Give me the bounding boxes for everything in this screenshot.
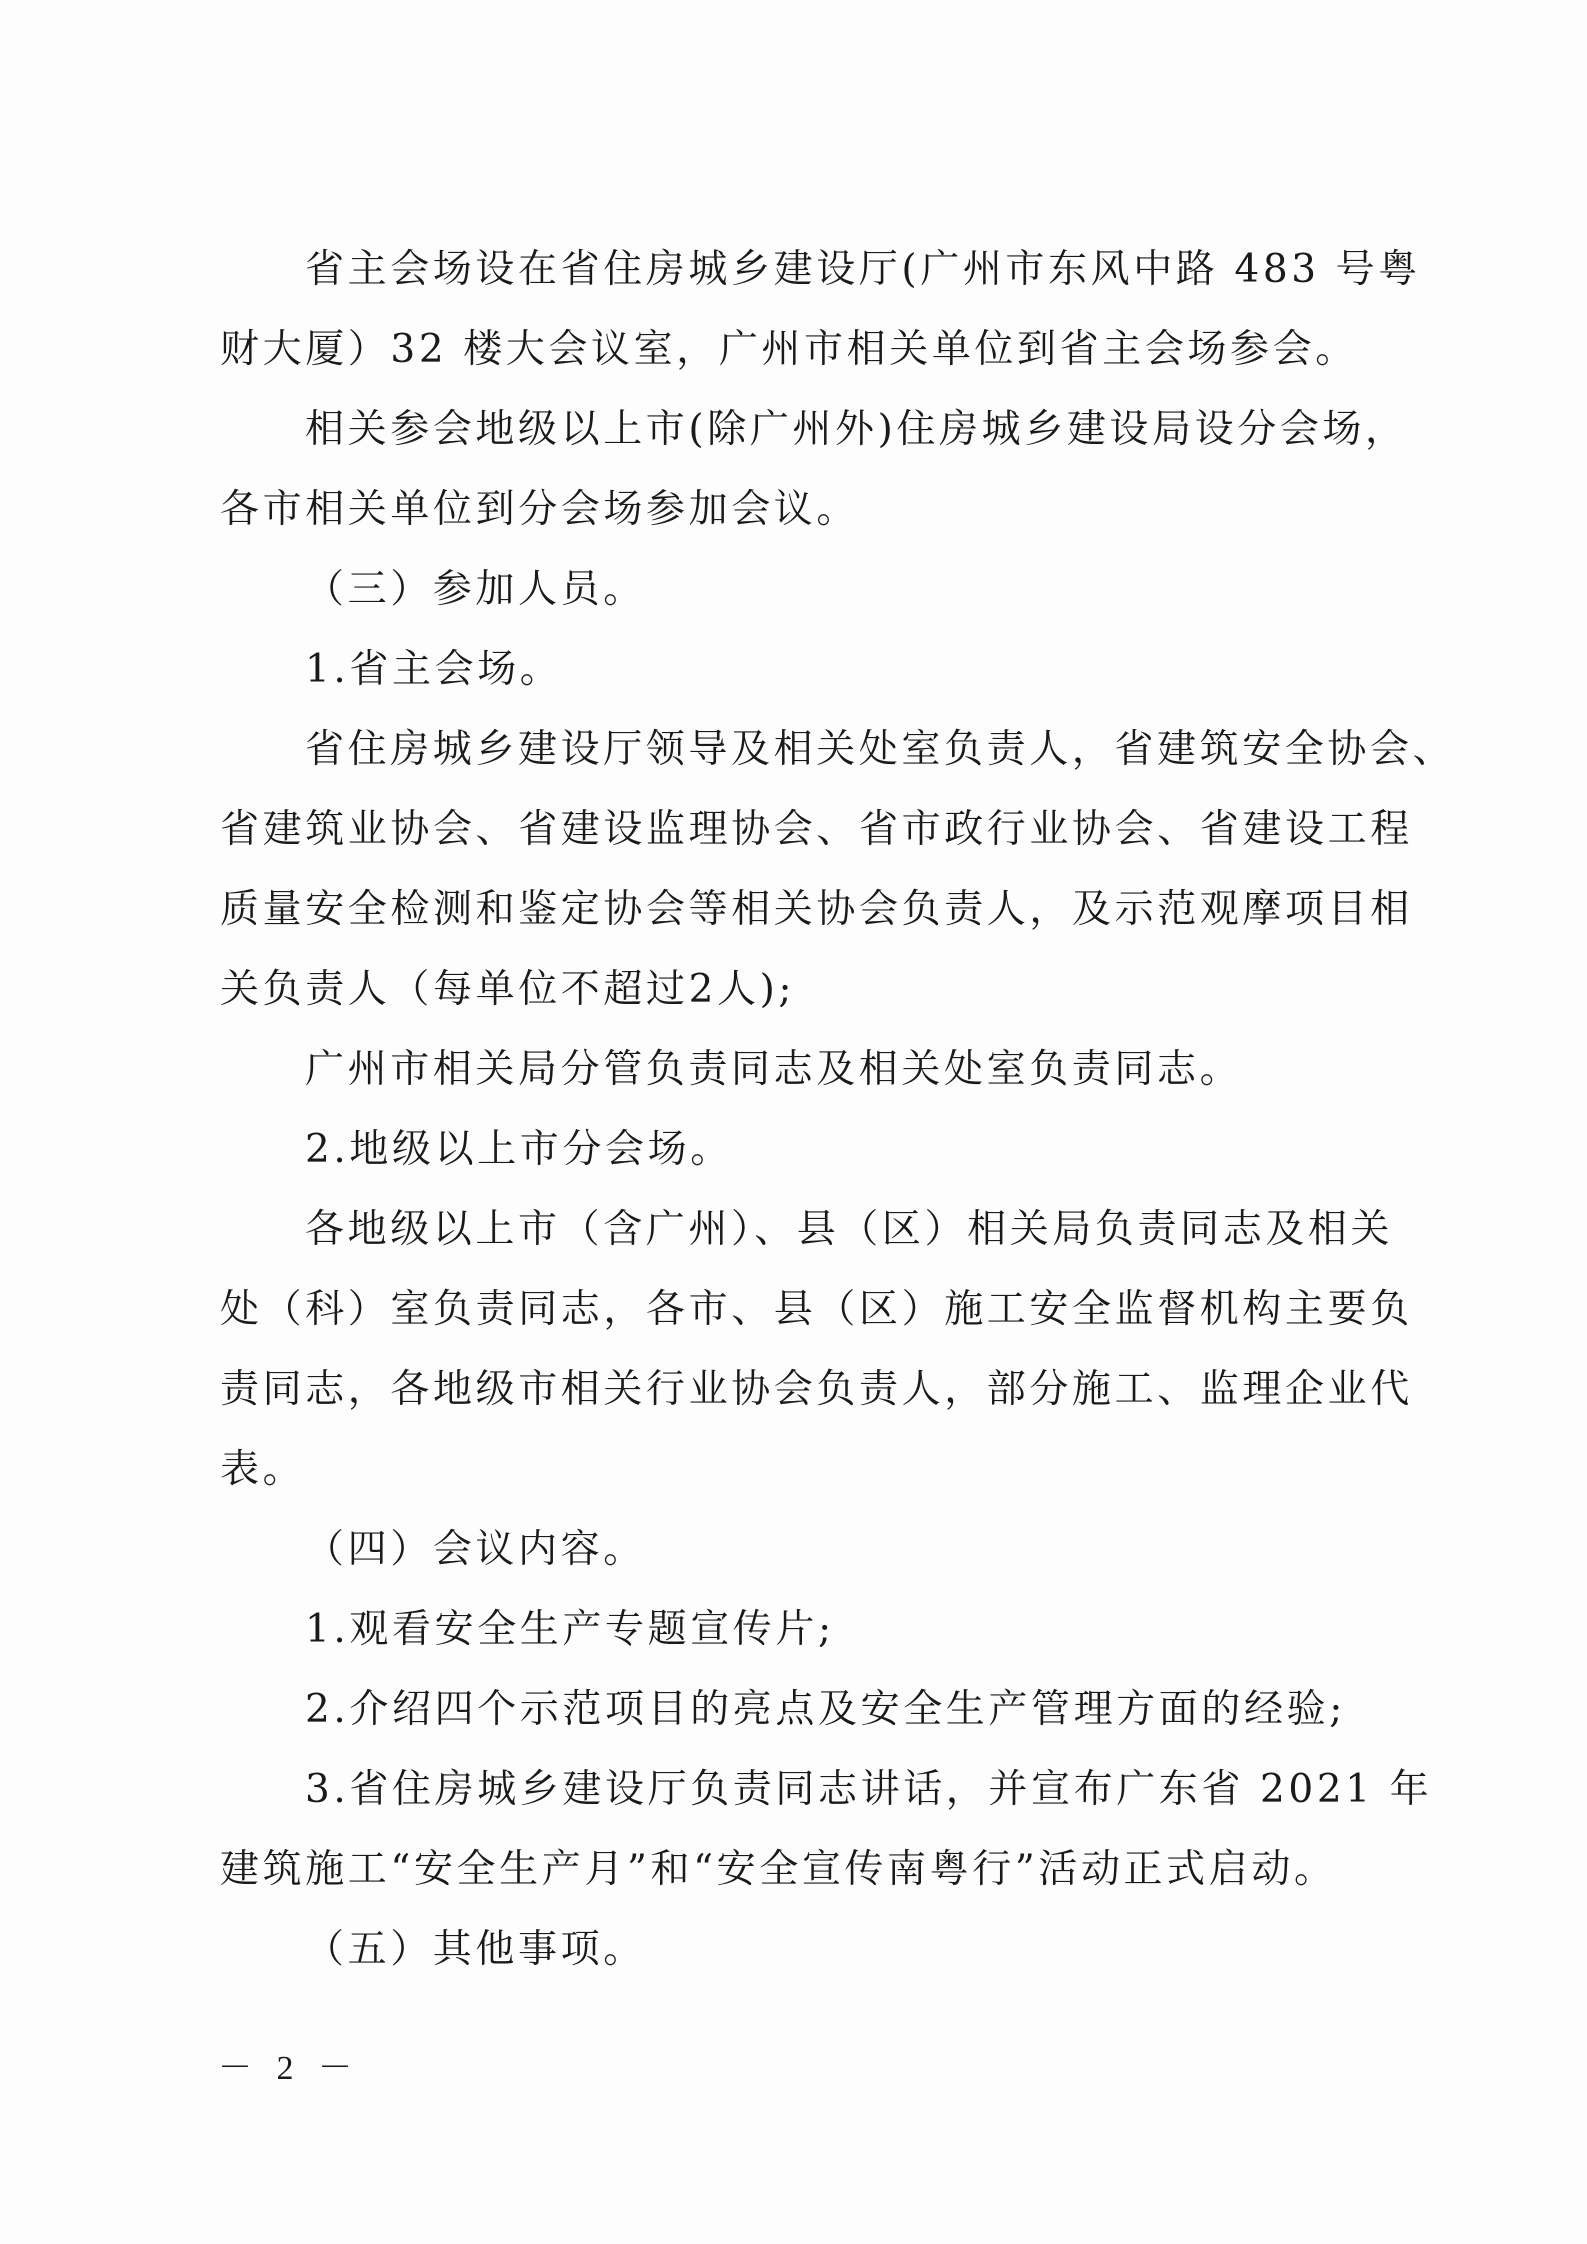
paragraph-line: 质量安全检测和鉴定协会等相关协会负责人，及示范观摩项目相 <box>220 886 1413 934</box>
paragraph-line: 关负责人（每单位不超过2人); <box>220 966 795 1014</box>
paragraph-line: 各地级以上市（含广州）、县（区）相关局负责同志及相关 <box>305 1206 1393 1254</box>
paragraph-line: 表。 <box>220 1446 305 1494</box>
paragraph-line: 省建筑业协会、省建设监理协会、省市政行业协会、省建设工程 <box>220 806 1413 854</box>
paragraph-line: 省主会场设在省住房城乡建设厅(广州市东风中路 483 号粤 <box>305 246 1421 294</box>
list-item: 1.观看安全生产专题宣传片; <box>305 1606 835 1654</box>
paragraph-line: 相关参会地级以上市(除广州外)住房城乡建设局设分会场， <box>305 406 1408 454</box>
paragraph-line: 广州市相关局分管负责同志及相关处室负责同志。 <box>305 1046 1242 1094</box>
paragraph-line: 责同志，各地级市相关行业协会负责人，部分施工、监理企业代 <box>220 1366 1413 1414</box>
paragraph-line: 财大厦）32 楼大会议室，广州市相关单位到省主会场参会。 <box>220 326 1358 374</box>
list-item: 3.省住房城乡建设厅负责同志讲话，并宣布广东省 2021 年 <box>305 1766 1432 1814</box>
subsection-heading: 2.地级以上市分会场。 <box>305 1126 733 1174</box>
paragraph-line: 省住房城乡建设厅领导及相关处室负责人，省建筑安全协会、 <box>305 726 1455 774</box>
section-heading: （四）会议内容。 <box>305 1526 646 1574</box>
list-item: 2.介绍四个示范项目的亮点及安全生产管理方面的经验; <box>305 1686 1346 1734</box>
section-heading: （五）其他事项。 <box>305 1926 646 1974</box>
section-heading: （三）参加人员。 <box>305 566 646 614</box>
subsection-heading: 1.省主会场。 <box>305 646 562 694</box>
page-number: － 2 － <box>218 2040 360 2089</box>
document-page: 省主会场设在省住房城乡建设厅(广州市东风中路 483 号粤 财大厦）32 楼大会… <box>0 0 1587 2244</box>
paragraph-line: 建筑施工“安全生产月”和“安全宣传南粤行”活动正式启动。 <box>220 1846 1337 1894</box>
paragraph-line: 各市相关单位到分会场参加会议。 <box>220 486 859 534</box>
paragraph-line: 处（科）室负责同志，各市、县（区）施工安全监督机构主要负 <box>220 1286 1413 1334</box>
